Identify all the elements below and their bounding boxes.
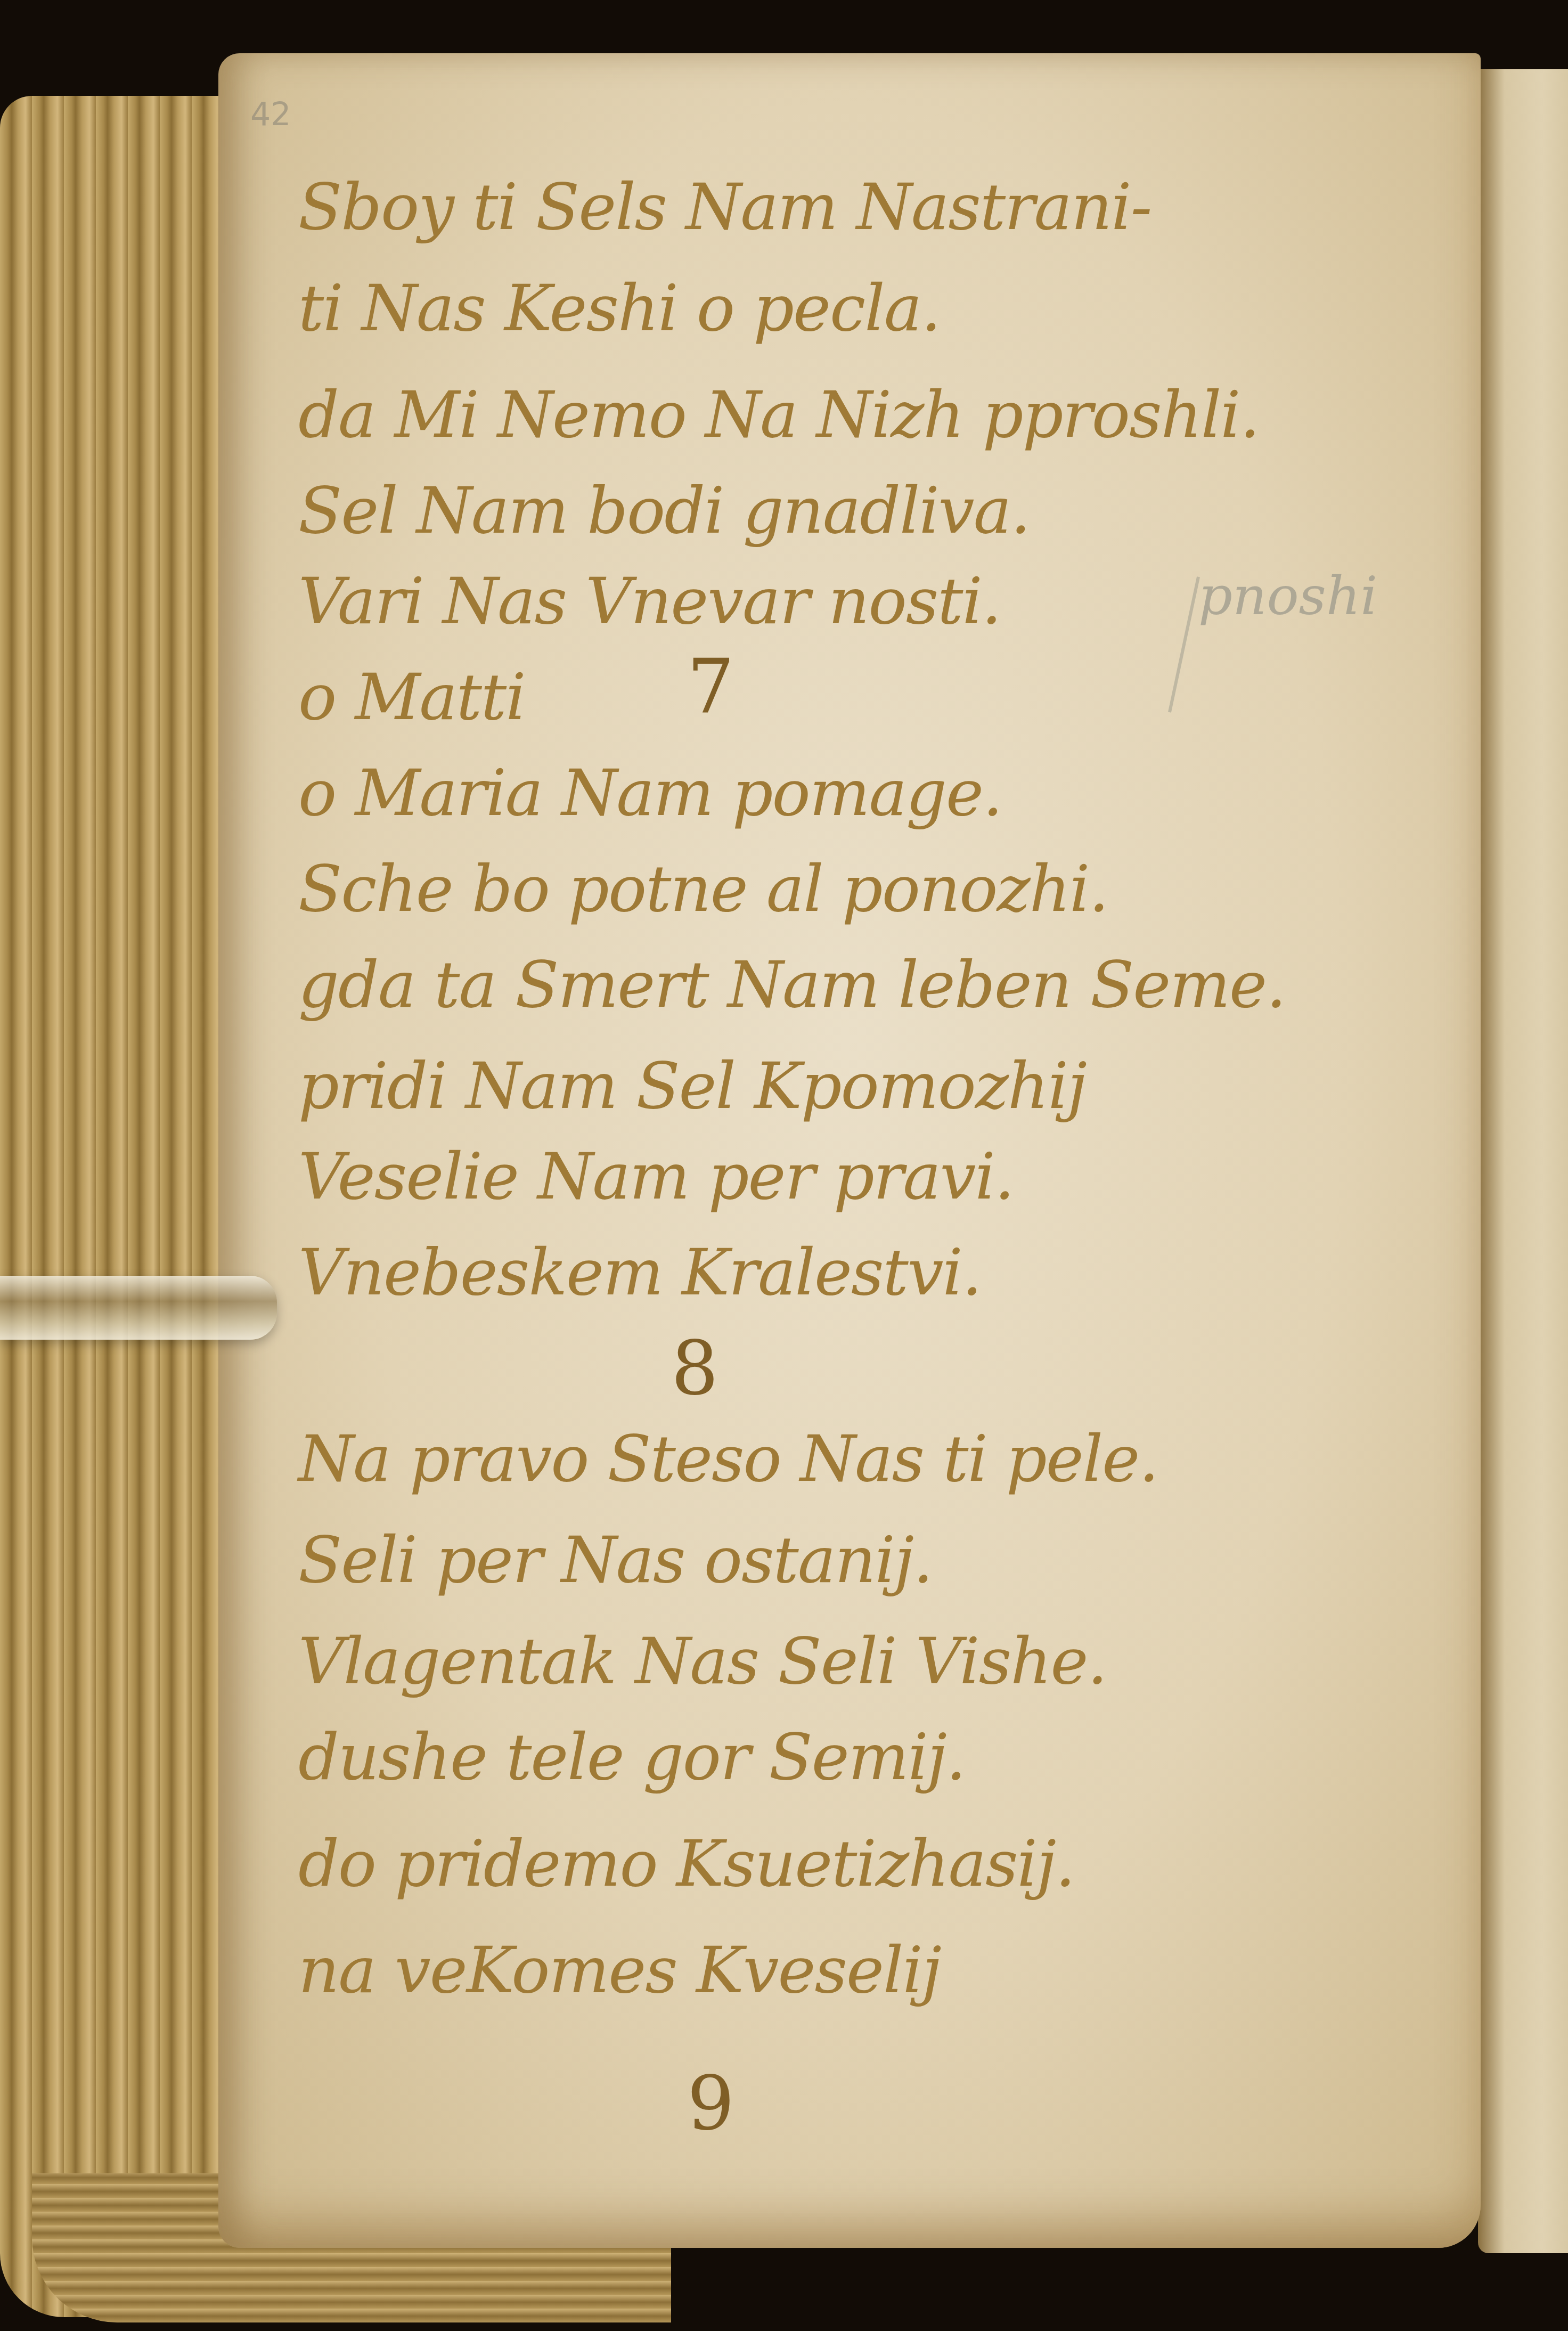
line-16: dushe tele gor Semij.	[298, 1726, 965, 1790]
line-3: da Mi Nemo Na Nizh pproshli.	[298, 384, 1259, 447]
line-2: ti Nas Keshi o pecla.	[298, 277, 940, 341]
line-7: o Maria Nam pomage.	[298, 762, 1002, 826]
line-4: Sel Nam bodi gnadliva.	[298, 479, 1030, 543]
line-13: Na pravo Steso Nas ti pele.	[298, 1428, 1158, 1491]
folio-number: 42	[250, 96, 291, 133]
line-5: Vari Nas Vnevar nosti.	[298, 570, 1001, 634]
facing-page	[1478, 69, 1568, 2253]
line-6: o Matti	[298, 666, 525, 730]
page-edges-stack	[0, 96, 250, 2317]
bookmark-rod	[0, 1276, 277, 1340]
line-1: Sboy ti Sels Nam Nastrani-	[298, 176, 1151, 240]
line-10: pridi Nam Sel Kpomozhij	[298, 1055, 1086, 1119]
stanza-number-8: 8	[671, 1332, 717, 1406]
line-18: na veKomes Kveselij	[298, 1939, 941, 2003]
line-12: Vnebeskem Kralestvi.	[298, 1241, 981, 1305]
line-9: gda ta Smert Nam leben Seme.	[298, 953, 1285, 1017]
line-15: Vlagentak Nas Seli Vishe.	[298, 1630, 1107, 1694]
stanza-number-9: 9	[687, 2067, 733, 2141]
line-14: Seli per Nas ostanij.	[298, 1529, 932, 1593]
line-11: Veselie Nam per pravi.	[298, 1145, 1014, 1209]
margin-note: pnoshi	[1198, 565, 1377, 627]
line-17: do pridemo Ksuetizhasij.	[298, 1832, 1074, 1896]
line-8: Sche bo potne al ponozhi.	[298, 858, 1108, 922]
stanza-number-7: 7	[687, 650, 733, 724]
